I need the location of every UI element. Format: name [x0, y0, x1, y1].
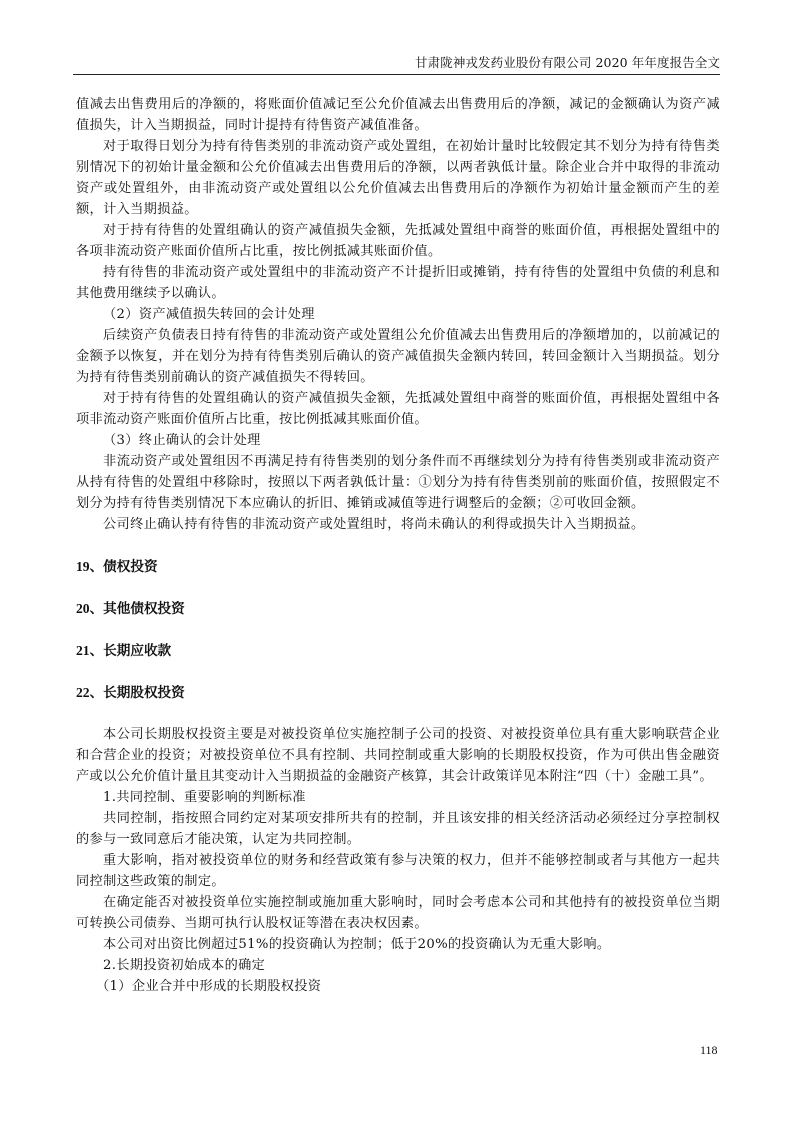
paragraph: 持有待售的非流动资产或处置组中的非流动资产不计提折旧或摊销，持有待售的处置组中负…: [76, 262, 720, 304]
subsection-title: 1.共同控制、重要影响的判断标准: [76, 787, 720, 808]
report-title: 甘肃陇神戎发药业股份有限公司 2020 年年度报告全文: [415, 53, 720, 71]
section-heading-22: 22、长期股权投资: [76, 682, 720, 703]
paragraph: 对于持有待售的处置组确认的资产减值损失金额，先抵减处置组中商誉的账面价值，再根据…: [76, 220, 720, 262]
section-heading-19: 19、债权投资: [76, 556, 720, 577]
paragraph: 在确定能否对被投资单位实施控制或施加重大影响时，同时会考虑本公司和其他持有的被投…: [76, 892, 720, 934]
subsection-title: （1）企业合并中形成的长期股权投资: [76, 976, 720, 997]
paragraph: 重大影响，指对被投资单位的财务和经营政策有参与决策的权力，但并不能够控制或者与其…: [76, 850, 720, 892]
section-heading-20: 20、其他债权投资: [76, 598, 720, 619]
paragraph: 后续资产负债表日持有待售的非流动资产或处置组公允价值减去出售费用后的净额增加的，…: [76, 325, 720, 388]
paragraph: 值减去出售费用后的净额的，将账面价值减记至公允价值减去出售费用后的净额，减记的金…: [76, 94, 720, 136]
subsection-title: （2）资产减值损失转回的会计处理: [76, 304, 720, 325]
section-heading-21: 21、长期应收款: [76, 640, 720, 661]
paragraph: 共同控制，指按照合同约定对某项安排所共有的控制，并且该安排的相关经济活动必须经过…: [76, 808, 720, 850]
page-header: 甘肃陇神戎发药业股份有限公司 2020 年年度报告全文: [73, 52, 720, 75]
paragraph: 对于取得日划分为持有待售类别的非流动资产或处置组，在初始计量时比较假定其不划分为…: [76, 136, 720, 220]
paragraph: 公司终止确认持有待售的非流动资产或处置组时，将尚未确认的利得或损失计入当期损益。: [76, 514, 720, 535]
page-number: 118: [700, 1043, 718, 1058]
paragraph: 非流动资产或处置组因不再满足持有待售类别的划分条件而不再继续划分为持有待售类别或…: [76, 451, 720, 514]
paragraph: 本公司长期股权投资主要是对被投资单位实施控制子公司的投资、对被投资单位具有重大影…: [76, 724, 720, 787]
paragraph: 对于持有待售的处置组确认的资产减值损失金额，先抵减处置组中商誉的账面价值，再根据…: [76, 388, 720, 430]
subsection-title: （3）终止确认的会计处理: [76, 430, 720, 451]
paragraph: 本公司对出资比例超过51%的投资确认为控制；低于20%的投资确认为无重大影响。: [76, 934, 720, 955]
document-body: 值减去出售费用后的净额的，将账面价值减记至公允价值减去出售费用后的净额，减记的金…: [76, 94, 720, 997]
subsection-title: 2.长期投资初始成本的确定: [76, 955, 720, 976]
